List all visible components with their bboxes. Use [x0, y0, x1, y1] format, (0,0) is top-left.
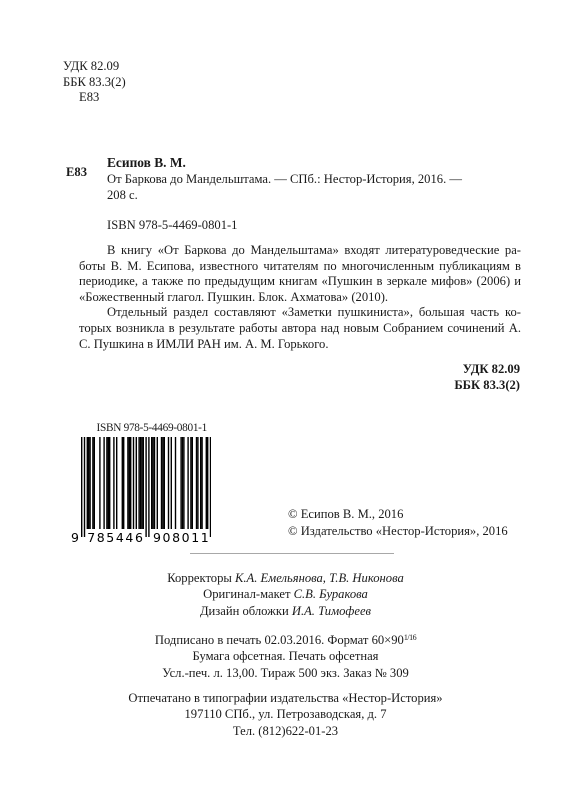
credit-proofreaders: Корректоры К.А. Емельянова, Т.В. Никонов…: [0, 570, 571, 586]
printer-address: 197110 СПб., ул. Петрозаводская, д. 7: [0, 706, 571, 722]
svg-text:908011: 908011: [153, 530, 210, 545]
abstract-paragraph-2: Отдельный раздел составляют «Заметки пуш…: [79, 305, 521, 352]
record-author-mark: Е83: [66, 165, 87, 180]
abstract-paragraph-1: В книгу «От Баркова до Мандельштама» вхо…: [79, 243, 521, 305]
record-title: От Баркова до Мандельштама. — СПб.: Нест…: [107, 171, 522, 187]
format-fraction: 1/16: [404, 633, 416, 642]
bbk-code: ББК 83.3(2): [63, 75, 126, 91]
record-pages: 208 с.: [107, 187, 522, 203]
bbk-code-bold: ББК 83.3(2): [454, 377, 520, 393]
svg-text:9: 9: [71, 530, 81, 545]
record-author: Есипов В. М.: [107, 155, 522, 171]
printer-phone: Тел. (812)622-01-23: [0, 723, 571, 739]
copyright-author: © Есипов В. М., 2016: [288, 506, 508, 523]
credit-cover-design: Дизайн обложки И.А. Тимофеев: [0, 603, 571, 619]
printer-name: Отпечатано в типографии издательства «Не…: [0, 690, 571, 706]
isbn: ISBN 978-5-4469-0801-1: [107, 218, 237, 233]
signed-for-print: Подписано в печать 02.03.2016. Формат 60…: [0, 630, 571, 648]
divider: [190, 553, 394, 554]
print-run-info: Усл.-печ. л. 13,00. Тираж 500 экз. Заказ…: [0, 665, 571, 681]
printer-info: Отпечатано в типографии издательства «Не…: [0, 690, 571, 739]
svg-text:785446: 785446: [87, 530, 144, 545]
udk-code-bold: УДК 82.09: [454, 361, 520, 377]
copyright-notices: © Есипов В. М., 2016 © Издательство «Нес…: [288, 506, 508, 539]
paper-info: Бумага офсетная. Печать офсетная: [0, 648, 571, 664]
print-info: Подписано в печать 02.03.2016. Формат 60…: [0, 630, 571, 681]
barcode-isbn-label: ISBN 978-5-4469-0801-1: [71, 422, 207, 435]
credit-layout: Оригинал-макет С.В. Буракова: [0, 586, 571, 602]
isbn-barcode: ISBN 978-5-4469-0801-1 9785446908011: [71, 422, 201, 547]
author-mark: Е83: [63, 90, 126, 106]
copyright-publisher: © Издательство «Нестор-История», 2016: [288, 523, 508, 540]
bottom-classification-codes: УДК 82.09 ББК 83.3(2): [454, 361, 520, 393]
abstract: В книгу «От Баркова до Мандельштама» вхо…: [79, 243, 521, 352]
top-classification-codes: УДК 82.09 ББК 83.3(2) Е83: [63, 59, 126, 106]
barcode-icon: 9785446908011: [71, 435, 211, 547]
bibliographic-record: Есипов В. М. От Баркова до Мандельштама.…: [107, 155, 522, 203]
credits: Корректоры К.А. Емельянова, Т.В. Никонов…: [0, 570, 571, 619]
udk-code: УДК 82.09: [63, 59, 126, 75]
